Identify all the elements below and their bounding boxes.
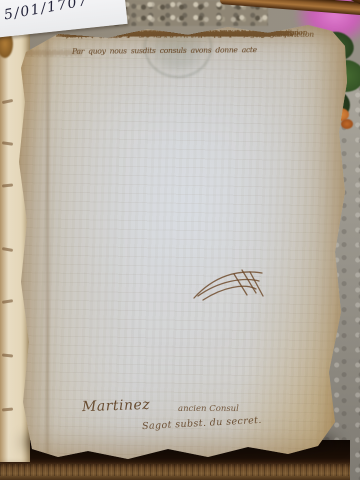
date-slip: 5/01/1707 xyxy=(0,0,128,38)
wood-grain xyxy=(0,464,350,476)
date-label: 5/01/1707 xyxy=(3,0,90,23)
ink-mark xyxy=(2,408,13,412)
page-vignette xyxy=(16,20,348,462)
ink-mark xyxy=(2,299,13,304)
ink-mark xyxy=(2,183,13,187)
orange-flower xyxy=(341,119,353,129)
manuscript-page: Ce quatriesme januier mil sept cens sixp… xyxy=(16,20,348,462)
ink-mark xyxy=(2,247,13,252)
ink-mark xyxy=(2,99,13,104)
ink-mark xyxy=(2,141,13,146)
ink-mark xyxy=(2,353,13,357)
archive-photo: 5/01/1707 Ce quatriesme januier mil sept… xyxy=(0,0,360,480)
